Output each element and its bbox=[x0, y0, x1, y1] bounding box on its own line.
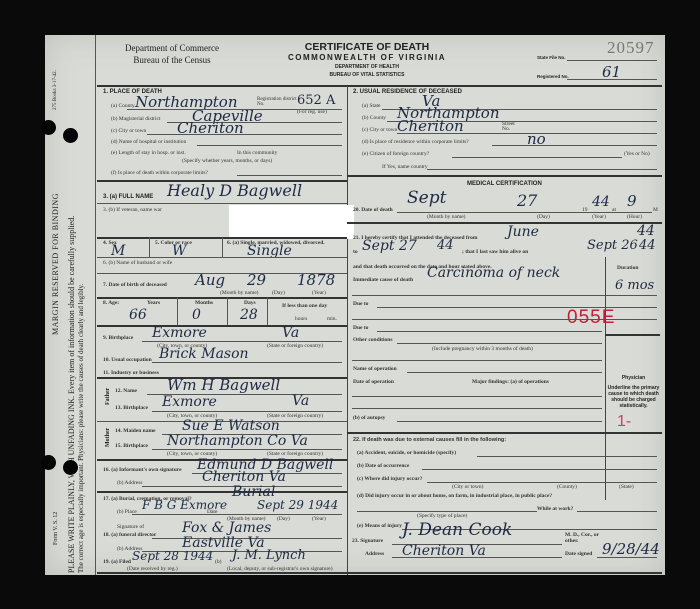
birthplace-label: 9. Birthplace bbox=[103, 335, 133, 341]
burial-year-hint: (Year) bbox=[312, 516, 326, 522]
occupation: Brick Mason bbox=[159, 346, 249, 362]
country-label: If Yes, name country bbox=[382, 164, 428, 170]
dob-year-hint: (Year) bbox=[312, 290, 326, 296]
divider bbox=[197, 145, 342, 146]
age-months-label: Months bbox=[195, 300, 213, 306]
foreign-label: (e) Citizen of foreign country? bbox=[362, 151, 429, 157]
medical-heading: MEDICAL CERTIFICATION bbox=[467, 181, 542, 187]
bureau-vital: BUREAU OF VITAL STATISTICS bbox=[247, 72, 487, 78]
last-saw-year: 44 bbox=[639, 238, 656, 253]
autopsy-label: (b) of autopsy bbox=[353, 415, 385, 421]
filed-date: Sept 28 1944 bbox=[132, 549, 213, 563]
last-saw-label: ; that I last saw him alive on bbox=[462, 249, 528, 255]
community-label: In this community bbox=[237, 150, 277, 156]
father-tag: Father bbox=[105, 388, 111, 405]
res-corporate-label: (d) Is place of residence within corpora… bbox=[362, 139, 469, 145]
director-label: 18. (a) funeral director bbox=[103, 532, 156, 538]
immediate-cause: Carcinoma of neck bbox=[427, 265, 560, 281]
city-label: (c) City or town bbox=[111, 128, 146, 134]
full-name: Healy D Bagwell bbox=[167, 181, 302, 200]
home-label: (d) Did injury occur in or about home, o… bbox=[357, 493, 552, 499]
res-state-label: (a) State bbox=[362, 103, 380, 109]
age-years-label: Years bbox=[147, 300, 160, 306]
attend-from: June bbox=[507, 224, 539, 240]
dod-month-hint: (Month by name) bbox=[427, 214, 466, 220]
divider bbox=[597, 557, 657, 558]
form-number: Form V. S. 12 bbox=[53, 512, 59, 545]
dod-hour-hint: (Hour) bbox=[627, 214, 642, 220]
hours-label: hours bbox=[295, 316, 307, 322]
state-file-number: 20597 bbox=[607, 38, 655, 58]
occupation-label: 10. Usual occupation bbox=[103, 357, 152, 363]
age-days-label: Days bbox=[244, 300, 256, 306]
dod-year-hint: (Year) bbox=[592, 214, 606, 220]
divider bbox=[407, 372, 602, 373]
attend-to-year: 44 bbox=[437, 238, 454, 253]
birth-state-hint: (State or foreign country) bbox=[267, 343, 323, 349]
binder-hole bbox=[63, 128, 78, 143]
father-birth-state: Va bbox=[292, 393, 309, 409]
dod-label: 20. Date of death bbox=[353, 207, 393, 213]
divider bbox=[147, 134, 342, 135]
place-hint: (Specify type of place) bbox=[417, 513, 467, 519]
red-mark: 1- bbox=[617, 413, 631, 431]
where-label: (c) Where did injury occur? bbox=[357, 476, 422, 482]
filed-label: 19. (a) Filed bbox=[103, 559, 131, 565]
divider bbox=[97, 297, 347, 299]
dept-health: DEPARTMENT OF HEALTH bbox=[247, 64, 487, 70]
external-heading: 22. If death was due to external causes … bbox=[353, 437, 506, 443]
industry-label: 11. Industry or business bbox=[103, 370, 159, 376]
divider bbox=[267, 297, 268, 325]
dob-year: 1878 bbox=[297, 271, 335, 289]
divider bbox=[392, 557, 562, 558]
binder-hole bbox=[63, 460, 78, 475]
divider bbox=[397, 212, 652, 213]
binding-margin: MARGIN RESERVED FOR BINDING PLEASE WRITE… bbox=[45, 35, 96, 575]
divider bbox=[97, 257, 347, 258]
certificate-title: CERTIFICATE OF DEATH bbox=[247, 41, 487, 53]
occurrence-label: (b) Date of occurrence bbox=[357, 463, 409, 469]
mother-tag: Mother bbox=[105, 428, 111, 447]
instructions-line1: PLEASE WRITE PLAINLY, WITH UNFADING INK.… bbox=[67, 216, 76, 573]
binder-hole bbox=[41, 455, 56, 470]
dob-month-hint: (Month by name) bbox=[220, 290, 259, 296]
foreign-hint: (Yes or No) bbox=[624, 151, 650, 157]
min-label: min. bbox=[327, 316, 337, 322]
dob-day-hint: (Day) bbox=[272, 290, 285, 296]
op-date-label: Date of operation bbox=[353, 379, 394, 385]
dob-month: Aug bbox=[195, 271, 225, 289]
divider bbox=[397, 421, 602, 422]
informant-address: Cheriton Va bbox=[202, 469, 286, 485]
immediate-cause-label: Immediate cause of death bbox=[353, 277, 413, 283]
margin-reserved-text: MARGIN RESERVED FOR BINDING bbox=[51, 193, 60, 335]
divider bbox=[427, 482, 657, 483]
dob-label: 7. Date of birth of deceased bbox=[103, 282, 167, 288]
instructions-line2: The correct age is especially important.… bbox=[77, 284, 85, 573]
registrar-signature: J. M. Lynch bbox=[232, 548, 306, 563]
registered-label: Registered No. bbox=[537, 74, 569, 79]
redaction-box bbox=[229, 205, 354, 239]
informant-address-label: (b) Address bbox=[117, 480, 143, 486]
dob-day: 29 bbox=[247, 271, 266, 289]
pregnancy-hint: (Include pregnancy within 3 months of de… bbox=[432, 346, 533, 352]
divider bbox=[152, 449, 342, 450]
divider bbox=[347, 432, 662, 434]
corporate-label: (f) Is place of death within corporate l… bbox=[111, 170, 208, 176]
father-birth-label: 13. Birthplace bbox=[115, 405, 148, 411]
dod-m-label: M bbox=[653, 207, 658, 213]
date-signed-label: Date signed bbox=[565, 551, 592, 557]
divider bbox=[452, 157, 622, 158]
registrar-label: (b) bbox=[215, 559, 221, 565]
spouse-label: 6. (b) Name of husband or wife bbox=[103, 260, 183, 266]
attend-to: Sept 27 bbox=[362, 238, 417, 254]
duration: 6 mos bbox=[615, 278, 654, 293]
divider bbox=[142, 341, 342, 342]
director-sig-label: Signature of bbox=[117, 524, 144, 530]
full-name-label: 3. (a) FULL NAME bbox=[103, 194, 153, 200]
divider bbox=[97, 203, 347, 204]
divider bbox=[352, 360, 602, 361]
divider bbox=[97, 491, 347, 493]
divider bbox=[477, 456, 657, 457]
divider bbox=[357, 511, 537, 512]
magisterial-label: (b) Magisterial district bbox=[111, 116, 161, 122]
divider bbox=[567, 60, 657, 61]
where-county-hint: (County) bbox=[557, 484, 577, 490]
age-label: 8. Age: bbox=[103, 300, 119, 306]
burial-day-hint: (Day) bbox=[277, 516, 290, 522]
birthplace-city: Exmore bbox=[152, 325, 207, 341]
divider bbox=[397, 343, 602, 344]
reg-district: 652 A bbox=[297, 93, 335, 108]
divider bbox=[97, 325, 347, 327]
age-days: 28 bbox=[240, 307, 258, 323]
other-conditions-label: Other conditions bbox=[353, 337, 392, 343]
where-city-hint: (City or town) bbox=[452, 484, 483, 490]
divider bbox=[352, 319, 657, 320]
less-day-label: If less than one day bbox=[282, 303, 327, 309]
funeral-director: Fox & James bbox=[182, 520, 271, 536]
father-name: Wm H Bagwell bbox=[167, 376, 280, 394]
dod-hour: 9 bbox=[627, 192, 637, 210]
physician-signature: J. Dean Cook bbox=[402, 520, 512, 540]
mother-birth: Northampton Co Va bbox=[167, 433, 308, 449]
divider bbox=[427, 169, 657, 170]
street-label: Street No. bbox=[502, 122, 522, 132]
physician-note-title: Physician bbox=[605, 375, 662, 381]
reg-district-label: Registration district No. bbox=[257, 97, 297, 107]
mother-name: Sue E Watson bbox=[182, 418, 280, 434]
divider bbox=[377, 331, 602, 332]
divider bbox=[177, 297, 178, 325]
informant-label: 16. (a) Informant's own signature bbox=[103, 467, 182, 473]
age-years: 66 bbox=[129, 307, 147, 323]
divider bbox=[222, 237, 223, 257]
divider bbox=[352, 408, 602, 409]
print-code: 275 Books 3-17-42. bbox=[53, 70, 58, 110]
physician-note: Underline the primary cause to which dea… bbox=[607, 385, 660, 409]
divider bbox=[352, 295, 657, 296]
divider bbox=[132, 514, 342, 515]
attend-from-year: 44 bbox=[637, 223, 655, 239]
bureau-census: Bureau of the Census bbox=[97, 55, 247, 65]
dept-commerce: Department of Commerce bbox=[97, 43, 247, 53]
divider bbox=[577, 511, 657, 512]
dod-day: 27 bbox=[517, 191, 537, 210]
birthplace-state: Va bbox=[282, 325, 299, 341]
dod-year: 44 bbox=[592, 194, 610, 210]
divider bbox=[152, 362, 342, 363]
state-file-label: State File No. bbox=[537, 55, 566, 60]
work-label: While at work? bbox=[537, 506, 573, 512]
means-label: (e) Means of injury bbox=[357, 523, 402, 529]
res-county-label: (b) County bbox=[362, 115, 386, 121]
divider bbox=[97, 572, 662, 574]
hospital-label: (d) Name of hospital or institution bbox=[111, 139, 186, 145]
last-saw-date: Sept 26 bbox=[587, 238, 638, 253]
divider bbox=[352, 396, 602, 397]
dod-month: Sept bbox=[407, 188, 446, 208]
physician-address-label: Address bbox=[365, 551, 384, 557]
accident-label: (a) Accident, suicide, or homicide (spec… bbox=[357, 450, 456, 456]
physician-title-label: M. D., Cor., or other. bbox=[565, 532, 605, 544]
death-certificate: MARGIN RESERVED FOR BINDING PLEASE WRITE… bbox=[45, 35, 665, 575]
burial-date: Sept 29 1944 bbox=[257, 498, 338, 512]
due-to-label-2: Due to bbox=[353, 325, 368, 331]
form-body: Department of Commerce Bureau of the Cen… bbox=[97, 35, 662, 575]
duration-label: Duration bbox=[617, 265, 638, 271]
stay-note: (Specify whether years, months, or days) bbox=[182, 158, 272, 164]
signature-label: 23. Signature bbox=[352, 538, 383, 544]
column-divider bbox=[347, 86, 348, 575]
divider bbox=[347, 222, 662, 224]
findings-label: Major findings: (a) of operations bbox=[472, 379, 549, 385]
divider bbox=[237, 175, 342, 176]
commonwealth: COMMONWEALTH OF VIRGINIA bbox=[247, 53, 487, 62]
due-to-label-1: Due to bbox=[353, 301, 368, 307]
veteran-label: 3. (b) If veteran, name war bbox=[103, 207, 163, 213]
registered-number: 61 bbox=[602, 63, 621, 81]
divider bbox=[227, 297, 228, 325]
divider bbox=[347, 175, 662, 177]
mother-birth-label: 15. Birthplace bbox=[115, 443, 148, 449]
stay-label: (e) Length of stay in hosp. or inst. bbox=[111, 150, 186, 156]
residence-heading: 2. USUAL RESIDENCE OF DECEASED bbox=[353, 89, 462, 95]
father-name-label: 12. Name bbox=[115, 388, 137, 394]
father-birth-city: Exmore bbox=[162, 394, 217, 410]
attend-to-label: to bbox=[353, 249, 358, 255]
age-months: 0 bbox=[192, 307, 201, 323]
divider bbox=[152, 411, 342, 412]
divider bbox=[97, 85, 662, 87]
cause-code: 055E bbox=[567, 307, 615, 329]
binder-hole bbox=[41, 120, 56, 135]
operation-label: Name of operation bbox=[353, 366, 397, 372]
res-city-label: (c) City or town bbox=[362, 127, 397, 133]
date-signed: 9/28/44 bbox=[602, 540, 660, 558]
divider bbox=[149, 237, 150, 257]
dod-day-hint: (Day) bbox=[537, 214, 550, 220]
where-state-hint: (State) bbox=[619, 484, 634, 490]
divider bbox=[422, 469, 657, 470]
divider bbox=[492, 145, 657, 146]
mother-name-label: 14. Maiden name bbox=[115, 428, 156, 434]
divider bbox=[605, 334, 660, 336]
